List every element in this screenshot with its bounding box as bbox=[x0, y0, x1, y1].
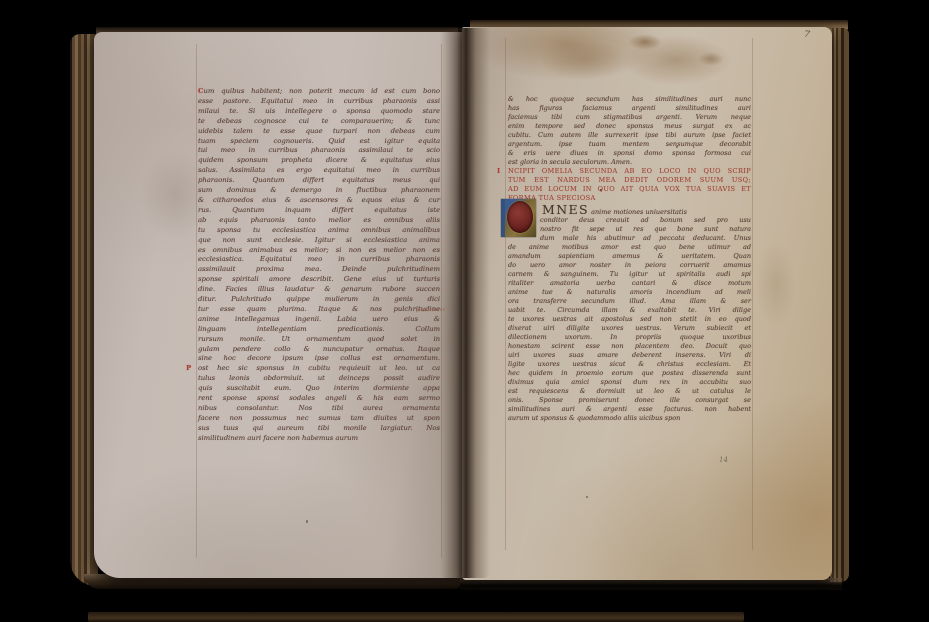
text-line: similitudinem auri facere non habemus au… bbox=[198, 434, 440, 444]
text-line: facere non possumus nec sumus tam diuite… bbox=[198, 414, 440, 424]
text-line: milaui te. Si uis intellegere o sponsa q… bbox=[198, 107, 440, 117]
text-line: nibus consolantur. Nos tibi aurea orname… bbox=[198, 404, 440, 414]
text-line: salus. Assimilata es ergo equitatui meo … bbox=[198, 166, 440, 176]
text-line: tur esse quam plurima. Itaque & nos pulc… bbox=[198, 305, 440, 315]
text-line: faciemus tibi cum stigmatibus argenti. V… bbox=[508, 113, 751, 122]
text-line: quidem sponsum propheta dicere & equitat… bbox=[198, 156, 440, 166]
text-line: tui meo in curribus pharaonis assimilaui… bbox=[198, 146, 440, 156]
right-fore-edge bbox=[830, 28, 849, 582]
text-line: honestam scirent esse non placentem deo.… bbox=[508, 342, 751, 351]
text-line: esse pastore. Equitatui meo in curribus … bbox=[198, 97, 440, 107]
text-line: rursum monile. Ut ornamentum quod solet … bbox=[198, 335, 440, 345]
text-line: nostro fit sepe ut res que bone sunt nat… bbox=[508, 225, 751, 234]
text-line: ditur. Pulchritudo quippe mulierum in ge… bbox=[198, 295, 440, 305]
ink-speck bbox=[586, 496, 588, 498]
text-line: sus tuus qui aureum tibi monile largiatu… bbox=[198, 424, 440, 434]
text-line: & eris uere diues in sponsi domo sponsa … bbox=[508, 149, 751, 158]
text-line: diximus quia amici sponsi dum rex in acc… bbox=[508, 378, 751, 387]
text-line: uidebis talem te esse quae turpari non d… bbox=[198, 127, 440, 137]
text-line: enim tempore sed donec sponsus meus surg… bbox=[508, 122, 751, 131]
manuscript-photo: Cum quibus habitent; non poterit mecum i… bbox=[0, 0, 929, 622]
text-line: rus. Quantum inquam differt equitatus is… bbox=[198, 206, 440, 216]
text-line: conditor deus creauit ad bonum sed pro u… bbox=[508, 216, 751, 225]
text-line: dine. Facies illius laudatur & genarum r… bbox=[198, 285, 440, 295]
text-line: do uero amor noster in peiora corruerit … bbox=[508, 261, 751, 270]
table-edge-strip bbox=[88, 612, 744, 622]
text-line: has figuras faciamus argenti similitudin… bbox=[508, 104, 751, 113]
text-line: TUM EST NARDUS MEA DEDIT ODOREM SUUM USQ… bbox=[508, 176, 751, 185]
text-line: ritaliter amatoria uerba cantari & disce… bbox=[508, 279, 751, 288]
text-line: tuam speciem cognoueris. Quid est igitur… bbox=[198, 137, 440, 147]
text-line: Cum quibus habitent; non poterit mecum i… bbox=[198, 87, 440, 97]
text-line: & citharoedos eius & ascensores & equos … bbox=[198, 196, 440, 206]
text-line: de anime motibus amor est quo bene utimu… bbox=[508, 243, 751, 252]
rubricated-initial: I bbox=[497, 167, 500, 176]
ink-speck bbox=[306, 520, 308, 523]
text-line: pharaonis. Quantum differt equitatus meu… bbox=[198, 176, 440, 186]
text-line: AD EUM LOCUM IN QUO AIT QUIA VOX TUA SUA… bbox=[508, 185, 751, 194]
ruling-line bbox=[196, 44, 197, 558]
text-line: dum male his abutimur ad peccata deducan… bbox=[508, 234, 751, 243]
marginal-gloss: predicamus bbox=[416, 307, 445, 313]
text-line: sponse spiritali amore describit. Gene e… bbox=[198, 275, 440, 285]
right-text-block-body: conditor deus creauit ad bonum sed pro u… bbox=[508, 216, 751, 423]
left-text-block: Cum quibus habitent; non poterit mecum i… bbox=[198, 87, 440, 444]
text-line: rent sponse sponsi sodales angeli & his … bbox=[198, 394, 440, 404]
text-line: Post hec sic sponsus in cubitu requieuit… bbox=[198, 364, 440, 374]
text-line: ab equis pharaonis tanto melior es omnib… bbox=[198, 216, 440, 226]
text-line: tulus leonis obdormiuit. ut deinceps pos… bbox=[198, 374, 440, 384]
text-line: argentum. ipse tuam mentem sensumque dec… bbox=[508, 140, 751, 149]
opening-capitals: MNES bbox=[542, 202, 589, 217]
rubric-incipit: INCIPIT OMELIA SECUNDA AB EO LOCO IN QUO… bbox=[508, 167, 751, 203]
text-line: dixerat uiri diligite uxores uestras. Ve… bbox=[508, 324, 751, 333]
text-line: dilectionem uxorum. In propriis quoque u… bbox=[508, 333, 751, 342]
text-line: amandum sapientiam amemus & ueritatem. Q… bbox=[508, 252, 751, 261]
text-line: carnem & sanguinem. Tu igitur ut spirita… bbox=[508, 270, 751, 279]
text-line: sine hoc decore ipsum ipse collus est or… bbox=[198, 354, 440, 364]
text-line: & hoc quoque secundum has similitudines … bbox=[508, 95, 751, 104]
text-line: ora transferre secundum illud. Ama illam… bbox=[508, 297, 751, 306]
book-gutter bbox=[440, 28, 490, 578]
text-line: uiri uxores suas amare deberent inserens… bbox=[508, 351, 751, 360]
ruling-line bbox=[752, 38, 753, 550]
opening-rest: anime motiones uniuersitatis bbox=[591, 208, 687, 216]
text-line: anime tue & naturalis amoris incendium a… bbox=[508, 288, 751, 297]
text-line: que non sunt ecclesie. Igitur si ecclesi… bbox=[198, 236, 440, 246]
text-line: est requiescens & dormiuit ut leo & ut c… bbox=[508, 387, 751, 396]
text-line: est gloria in secula seculorum. Amen. bbox=[508, 158, 751, 167]
text-line: onis. Sponse promiserunt donec ille cons… bbox=[508, 396, 751, 405]
text-line: INCIPIT OMELIA SECUNDA AB EO LOCO IN QUO… bbox=[508, 167, 751, 176]
text-line: hec quidem in proemio eorum que postea d… bbox=[508, 369, 751, 378]
text-line: ecclesiastica. Equitatui meo in curribus… bbox=[198, 255, 440, 265]
text-line: aurum ut sponsus & quodammodo aliis uici… bbox=[508, 414, 751, 423]
rubricated-initial: P bbox=[186, 364, 191, 374]
text-line: es omnibus animabus es melior; si non es… bbox=[198, 246, 440, 256]
text-line: te debeas cognosce cui te comparauerim; … bbox=[198, 117, 440, 127]
text-line: te uxores uestras ait apostolus sed non … bbox=[508, 315, 751, 324]
text-line: uabit te. Circumda illam & exaltabit te.… bbox=[508, 306, 751, 315]
rubricated-initial: C bbox=[198, 87, 203, 95]
ruling-line bbox=[441, 44, 442, 558]
text-line: similitudines auri & argenti esse factur… bbox=[508, 405, 751, 414]
text-line: anime intellegamus ingenii. Labia uero e… bbox=[198, 315, 440, 325]
folio-number: 7 bbox=[803, 30, 810, 41]
pencil-foliation: 14 bbox=[719, 456, 728, 464]
text-line: cubitu. Cum autem ille surrexerit ipse t… bbox=[508, 131, 751, 140]
text-line: tu sponsa tu ecclesiastica anima omnibus… bbox=[198, 226, 440, 236]
text-line: sum dominus & demergo in fluctibus phara… bbox=[198, 186, 440, 196]
text-line: ligite uxores uestras sicut & christus e… bbox=[508, 360, 751, 369]
text-line: gulam pendere collo & nuncupatur ornatus… bbox=[198, 345, 440, 355]
text-line: quis suscitabit eum. Quo interim dormien… bbox=[198, 384, 440, 394]
ruling-line bbox=[505, 38, 506, 550]
text-line: linguam intellegentiam predicationis. Co… bbox=[198, 325, 440, 335]
text-line: assimilauit proxima mea. Deinde pulchrit… bbox=[198, 265, 440, 275]
right-text-block-upper: & hoc quoque secundum has similitudines … bbox=[508, 95, 751, 167]
